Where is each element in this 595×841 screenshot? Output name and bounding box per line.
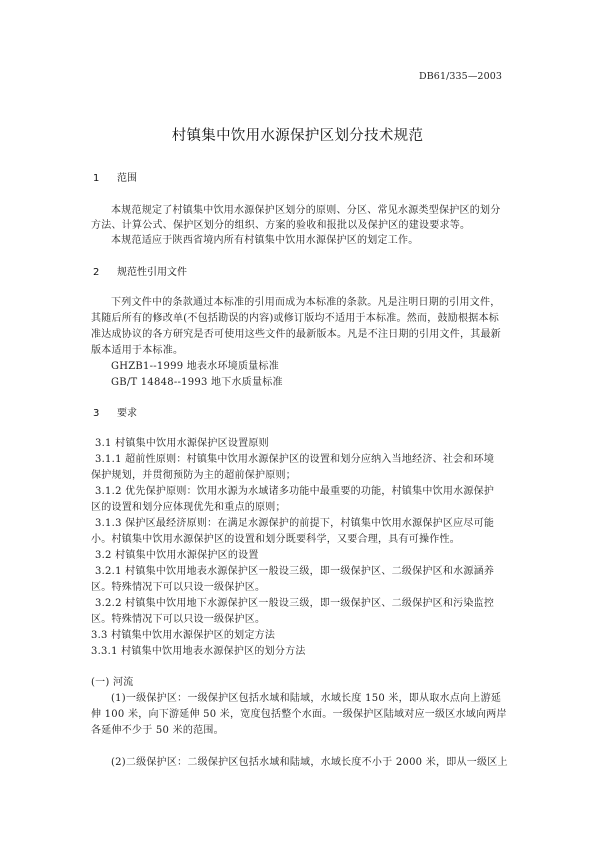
section-number: 2 — [93, 267, 117, 278]
clause-line: 3.1.1 超前性原则：村镇集中饮用水源保护区的设置和划分应纳入当地经济、社会和… — [95, 450, 494, 465]
clause-heading: 3.3.1 村镇集中饮用地表水源保护区的划分方法 — [91, 642, 306, 657]
section-2-heading: 2规范性引用文件 — [93, 263, 187, 278]
section-title: 规范性引用文件 — [117, 267, 187, 278]
paragraph-line: 下列文件中的条款通过本标准的引用而成为本标准的条款。凡是注明日期的引用文件， — [111, 293, 501, 308]
clause-line: 3.2.1 村镇集中饮用地表水源保护区一般设三级，即一级保护区、二级保护区和水源… — [95, 562, 494, 577]
clause-line: 区的设置和划分应体现优先和重点的原则； — [91, 498, 286, 513]
clause-line: 区。特殊情况下可以只设一级保护区。 — [91, 610, 265, 625]
paragraph-line: 本规范适应于陕西省境内所有村镇集中饮用水源保护区的划定工作。 — [111, 231, 419, 246]
section-title: 范围 — [117, 173, 137, 184]
paragraph-line: 本规范规定了村镇集中饮用水源保护区划分的原则、分区、常见水源类型保护区的划分 — [111, 201, 501, 216]
paragraph-line: 其随后所有的修改单(不包括勘误的内容)或修订版均不适用于本标准。然而，鼓励根据本… — [91, 309, 499, 324]
section-title: 要求 — [117, 408, 137, 419]
clause-line: 小。村镇集中饮用水源保护区的设置和划分既要科学，又要合理，具有可操作性。 — [91, 530, 460, 545]
clause-line: 3.1.2 优先保护原则：饮用水源为水域诸多功能中最重要的功能，村镇集中饮用水源… — [95, 482, 494, 497]
clause-line: 3.2.2 村镇集中饮用地下水源保护区一般设三级，即一级保护区、二级保护区和污染… — [95, 594, 494, 609]
paragraph-line: 方法、计算公式、保护区划分的组织、方案的验收和报批以及保护区的建设要求等。 — [91, 216, 470, 231]
clause-heading: 3.3 村镇集中饮用水源保护区的划定方法 — [91, 626, 275, 641]
clause-heading: 3.2 村镇集中饮用水源保护区的设置 — [95, 546, 259, 561]
paragraph-line: (2)二级保护区：二级保护区包括水域和陆域，水域长度不小于 2000 米，即从一… — [111, 753, 508, 768]
document-title: 村镇集中饮用水源保护区划分技术规范 — [0, 124, 595, 145]
paragraph-line: (1)一级保护区：一级保护区包括水域和陆域，水域长度 150 米，即从取水点向上… — [111, 689, 501, 704]
reference-item: GB/T 14848--1993 地下水质量标准 — [111, 373, 283, 388]
paragraph-line: 伸 100 米，向下游延伸 50 米，宽度包括整个水面。一级保护区陆域对应一级区… — [91, 705, 507, 720]
document-number: DB61/335—2003 — [419, 71, 502, 82]
section-number: 1 — [93, 173, 117, 184]
clause-line: 区。特殊情况下可以只设一级保护区。 — [91, 578, 265, 593]
clause-heading: 3.1 村镇集中饮用水源保护区设置原则 — [95, 434, 269, 449]
section-1-heading: 1范围 — [93, 169, 137, 184]
subsection-heading: (一) 河流 — [91, 673, 133, 688]
paragraph-line: 准达成协议的各方研究是否可使用这些文件的最新版本。凡是不注日期的引用文件，其最新 — [91, 325, 501, 340]
section-number: 3 — [93, 408, 117, 419]
section-3-heading: 3要求 — [93, 404, 137, 419]
reference-item: GHZB1--1999 地表水环境质量标准 — [111, 357, 279, 372]
clause-line: 3.1.3 保护区最经济原则：在满足水源保护的前提下，村镇集中饮用水源保护区应尽… — [95, 514, 494, 529]
paragraph-line: 各延伸不少于 50 米的范围。 — [91, 721, 224, 736]
clause-line: 保护规划，并贯彻预防为主的超前保护原则； — [91, 466, 296, 481]
paragraph-line: 版本适用于本标准。 — [91, 341, 183, 356]
